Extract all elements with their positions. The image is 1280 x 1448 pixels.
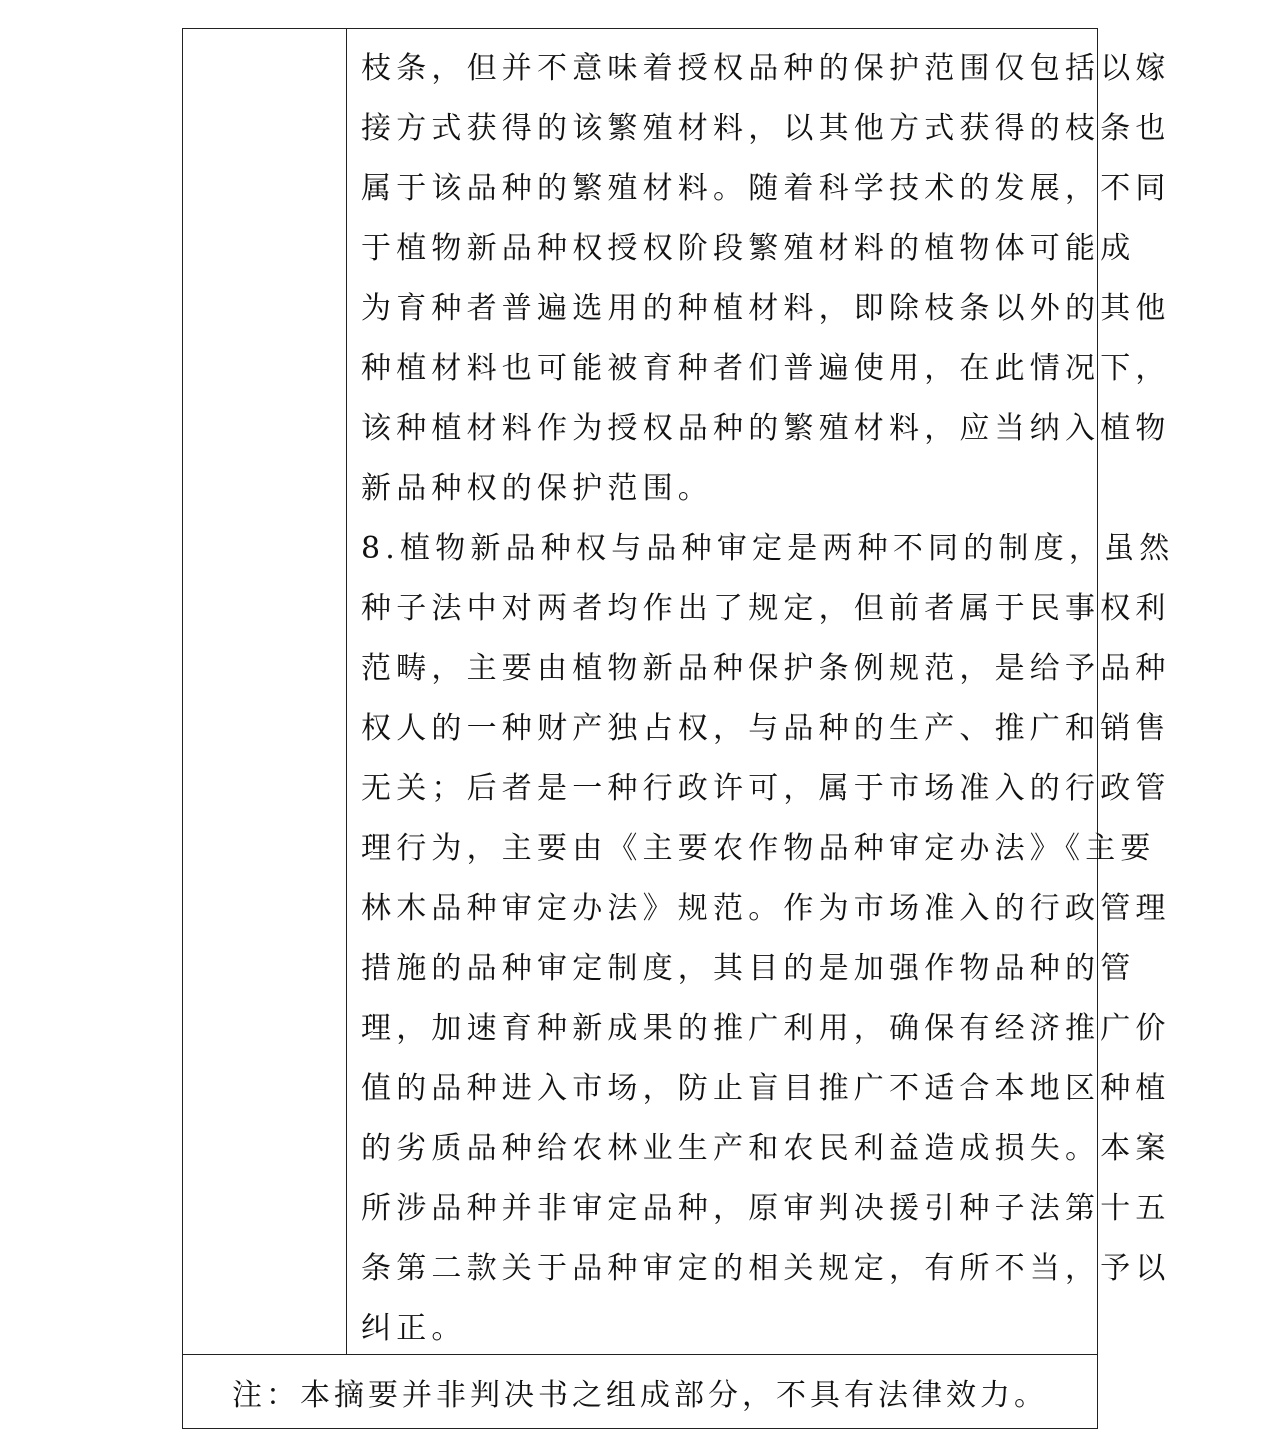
- text-line: 理行为，主要由《主要农作物品种审定办法》《主要: [361, 819, 1091, 879]
- text-line: 枝条，但并不意味着授权品种的保护范围仅包括以嫁: [361, 39, 1091, 99]
- text-line: 种植材料也可能被育种者们普遍使用，在此情况下，: [361, 339, 1091, 399]
- text-line: 种子法中对两者均作出了规定，但前者属于民事权利: [361, 579, 1091, 639]
- content-text: 枝条，但并不意味着授权品种的保护范围仅包括以嫁 接方式获得的该繁殖材料，以其他方…: [361, 39, 1091, 1359]
- text-line: 值的品种进入市场，防止盲目推广不适合本地区种植: [361, 1059, 1091, 1119]
- text-line: 纠正。: [361, 1299, 1091, 1359]
- text-line: 范畴，主要由植物新品种保护条例规范，是给予品种: [361, 639, 1091, 699]
- note-row: 注：本摘要并非判决书之组成部分，不具有法律效力。: [183, 1355, 1097, 1429]
- summary-table: 枝条，但并不意味着授权品种的保护范围仅包括以嫁 接方式获得的该繁殖材料，以其他方…: [182, 28, 1098, 1429]
- text-line: 为育种者普遍选用的种植材料，即除枝条以外的其他: [361, 279, 1091, 339]
- text-line: 权人的一种财产独占权，与品种的生产、推广和销售: [361, 699, 1091, 759]
- left-label-cell: [183, 29, 347, 1354]
- text-line: 8.植物新品种权与品种审定是两种不同的制度，虽然: [361, 519, 1091, 579]
- text-line: 条第二款关于品种审定的相关规定，有所不当，予以: [361, 1239, 1091, 1299]
- text-line: 林木品种审定办法》规范。作为市场准入的行政管理: [361, 879, 1091, 939]
- text-line: 无关；后者是一种行政许可，属于市场准入的行政管: [361, 759, 1091, 819]
- text-line: 接方式获得的该繁殖材料，以其他方式获得的枝条也: [361, 99, 1091, 159]
- text-line: 于植物新品种权授权阶段繁殖材料的植物体可能成: [361, 219, 1091, 279]
- text-line: 措施的品种审定制度，其目的是加强作物品种的管: [361, 939, 1091, 999]
- content-cell: 枝条，但并不意味着授权品种的保护范围仅包括以嫁 接方式获得的该繁殖材料，以其他方…: [347, 29, 1097, 1354]
- text-line: 该种植材料作为授权品种的繁殖材料，应当纳入植物: [361, 399, 1091, 459]
- disclaimer-note: 注：本摘要并非判决书之组成部分，不具有法律效力。: [232, 1370, 1048, 1414]
- text-line: 理，加速育种新成果的推广利用，确保有经济推广价: [361, 999, 1091, 1059]
- text-line: 所涉品种并非审定品种，原审判决援引种子法第十五: [361, 1179, 1091, 1239]
- text-line: 新品种权的保护范围。: [361, 459, 1091, 519]
- text-line: 的劣质品种给农林业生产和农民利益造成损失。本案: [361, 1119, 1091, 1179]
- text-line: 属于该品种的繁殖材料。随着科学技术的发展，不同: [361, 159, 1091, 219]
